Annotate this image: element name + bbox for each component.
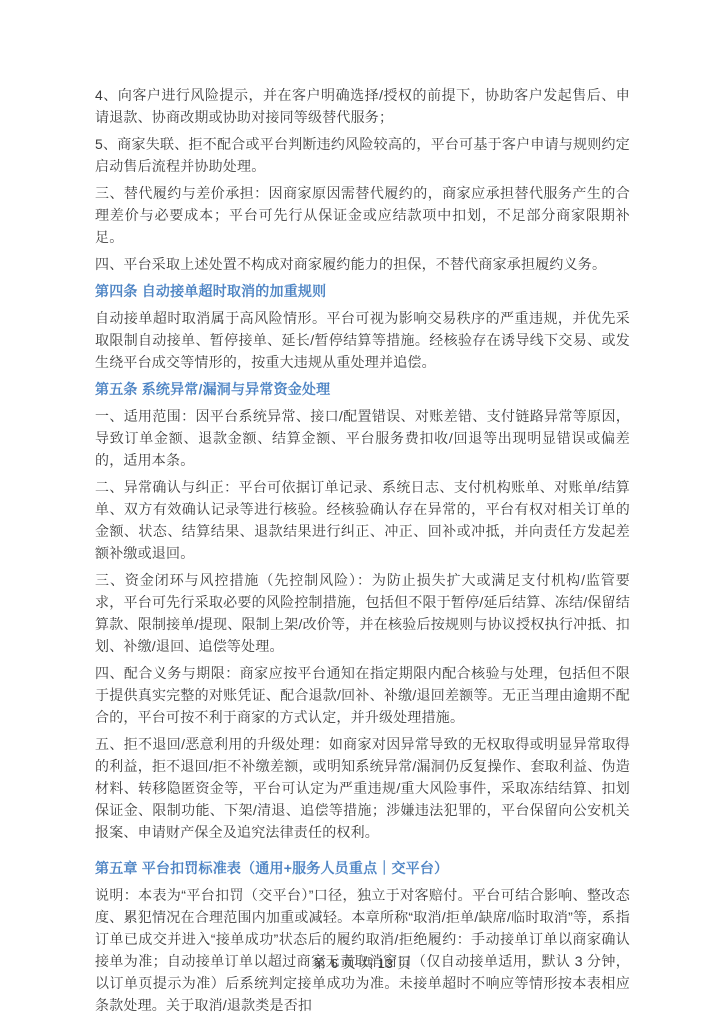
article-4-body-paragraph: 自动接单超时取消属于高风险情形。平台可视为影响交易秩序的严重违规，并优先采取限制… (95, 307, 630, 373)
document-body: 4、向客户进行风险提示，并在客户明确选择/授权的前提下，协助客户发起售后、申请退… (95, 84, 630, 1021)
clause-5-merchant-lost-contact-paragraph: 5、商家失联、拒不配合或平台判断违约风险较高的，平台可基于客户申请与规则约定启动… (95, 133, 630, 177)
article-4-heading: 第四条 自动接单超时取消的加重规则 (95, 280, 630, 302)
clause-4-risk-notice-paragraph: 4、向客户进行风险提示，并在客户明确选择/授权的前提下，协助客户发起售后、申请退… (95, 84, 630, 128)
article-5-heading: 第五条 系统异常/漏洞与异常资金处理 (95, 378, 630, 400)
article-5-refusal-escalation-paragraph: 五、拒不退回/恶意利用的升级处理：如商家对因异常导致的无权取得或明显异常取得的利… (95, 733, 630, 843)
document-page: 4、向客户进行风险提示，并在客户明确选择/授权的前提下，协助客户发起售后、申请退… (0, 0, 724, 1024)
article-5-confirmation-correction-paragraph: 二、异常确认与纠正：平台可依据订单记录、系统日志、支付机构账单、对账单/结算单、… (95, 476, 630, 564)
footer-page-number: 第 6 页 共 13 页 (0, 953, 724, 972)
article-5-scope-paragraph: 一、适用范围：因平台系统异常、接口/配置错误、对账差错、支付链路异常等原因，导致… (95, 405, 630, 471)
article-5-cooperation-duty-paragraph: 四、配合义务与期限：商家应按平台通知在指定期限内配合核验与处理，包括但不限于提供… (95, 662, 630, 728)
substitute-performance-paragraph: 三、替代履约与差价承担：因商家原因需替代履约的，商家应承担替代服务产生的合理差价… (95, 182, 630, 248)
no-guarantee-paragraph: 四、平台采取上述处置不构成对商家履约能力的担保，不替代商家承担履约义务。 (95, 253, 630, 275)
article-5-fund-control-paragraph: 三、资金闭环与风控措施（先控制风险）：为防止损失扩大或满足支付机构/监管要求，平… (95, 569, 630, 657)
chapter-5-heading: 第五章 平台扣罚标准表（通用+服务人员重点｜交平台） (95, 857, 630, 879)
chapter-5-explanation-paragraph: 说明：本表为“平台扣罚（交平台）”口径，独立于对客赔付。平台可结合影响、整改态度… (95, 884, 630, 1016)
